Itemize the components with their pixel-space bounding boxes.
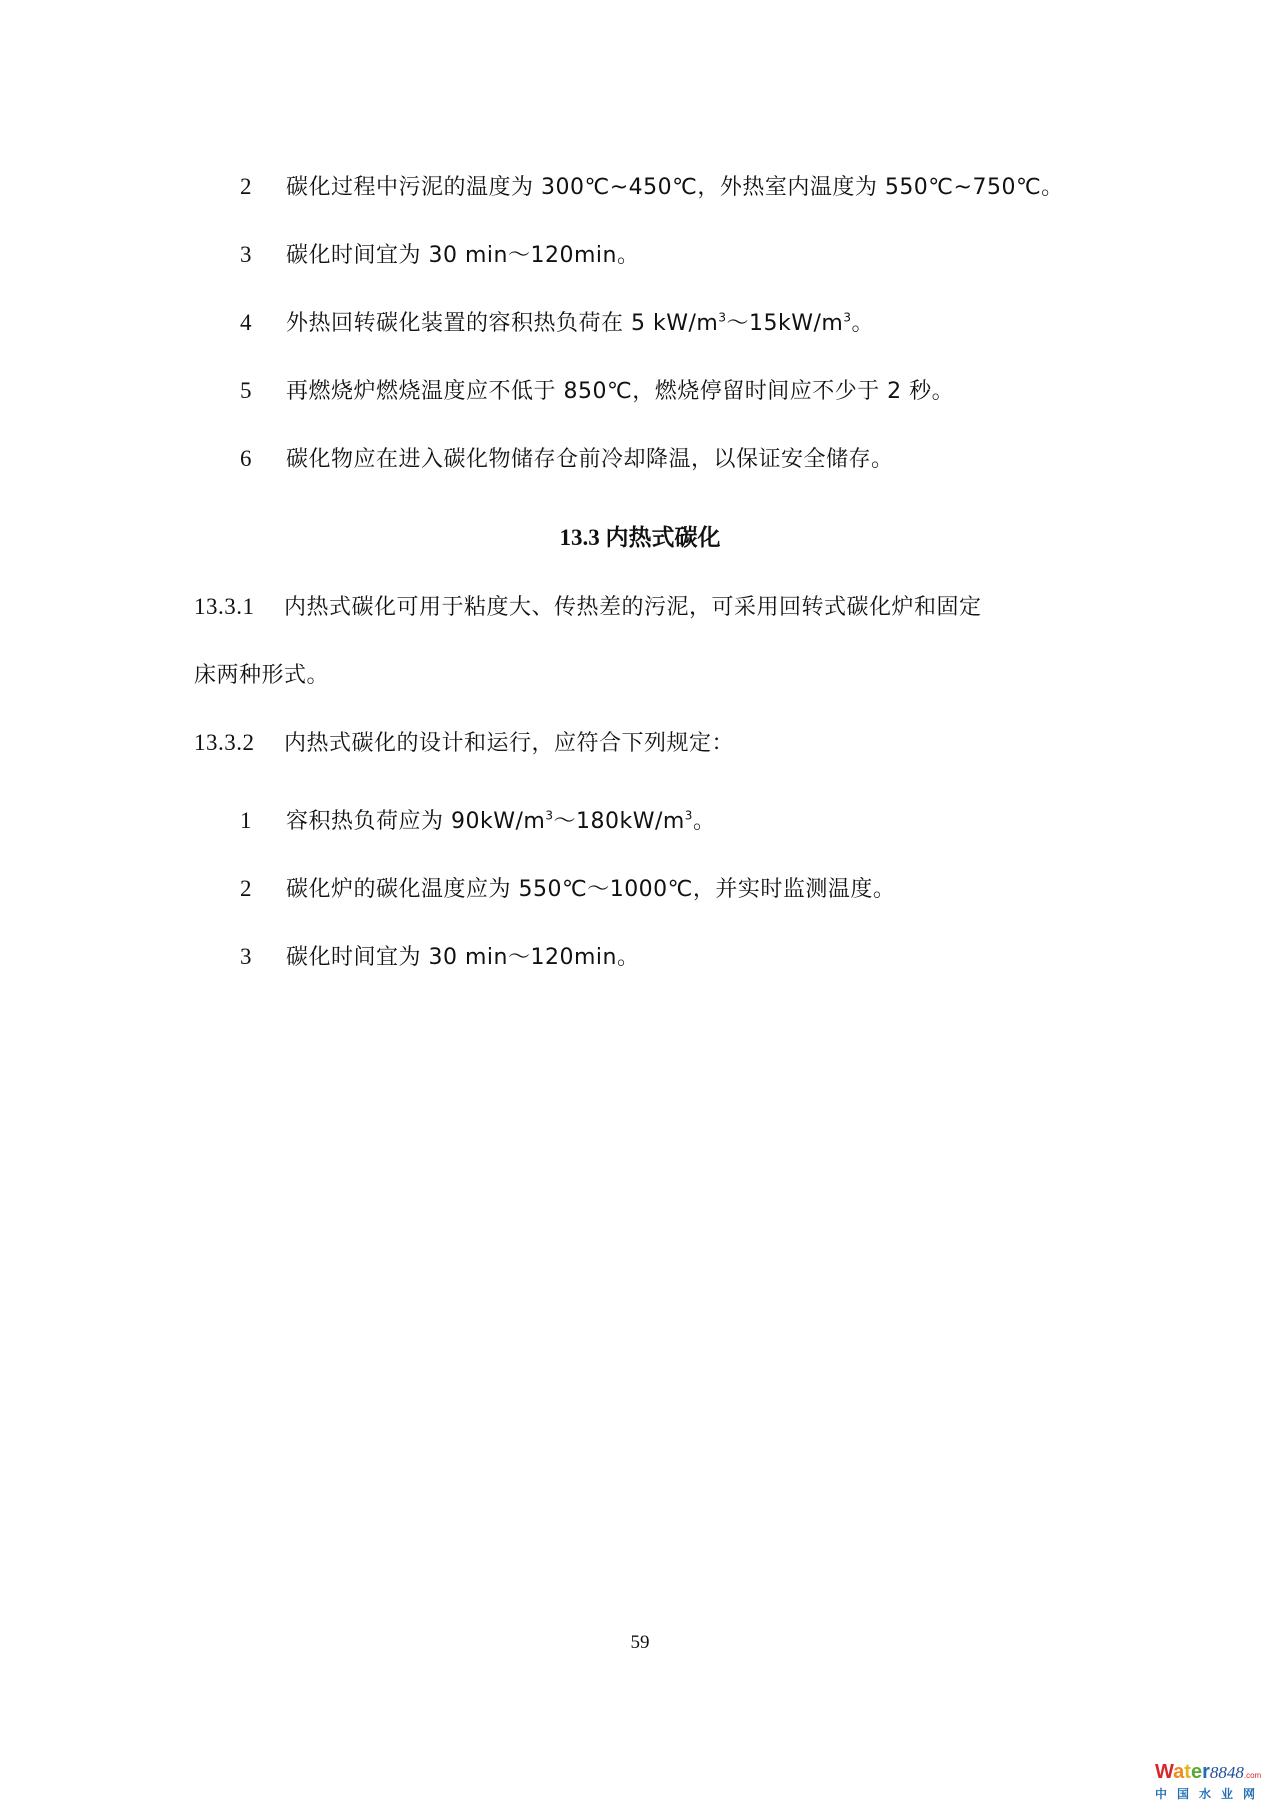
clause-text: 内热式碳化可用于粘度大、传热差的污泥，可采用回转式碳化炉和固定 (284, 595, 982, 620)
item-text: 碳化炉的碳化温度应为 550℃～1000℃，并实时监测温度。 (286, 877, 895, 902)
watermark-chinese: 中国水业网 (1155, 1786, 1275, 1802)
item-number: 4 (240, 308, 286, 338)
list-item: 3碳化时间宜为 30 min～120min。 (240, 240, 639, 271)
section-heading: 13.3 内热式碳化 (0, 523, 1280, 553)
clause-text: 内热式碳化的设计和运行，应符合下列规定： (284, 731, 734, 756)
list-item: 6碳化物应在进入碳化物储存仓前冷却降温，以保证安全储存。 (240, 444, 894, 475)
item-number: 5 (240, 376, 286, 406)
item-text: 外热回转碳化装置的容积热负荷在 5 kW/m3～15kW/m3。 (286, 311, 874, 336)
list-item: 2碳化过程中污泥的温度为 300℃~450℃，外热室内温度为 550℃~750℃… (240, 172, 1064, 203)
item-text: 碳化时间宜为 30 min～120min。 (286, 945, 639, 970)
watermark-brand: Water8848.com (1155, 1762, 1275, 1786)
clause-continuation: 床两种形式。 (194, 660, 329, 691)
item-text: 再燃烧炉燃烧温度应不低于 850℃，燃烧停留时间应不少于 2 秒。 (286, 379, 954, 404)
page-number: 59 (0, 1632, 1280, 1654)
item-number: 2 (240, 874, 286, 904)
item-text: 碳化过程中污泥的温度为 300℃~450℃，外热室内温度为 550℃~750℃。 (286, 175, 1064, 200)
list-item: 2碳化炉的碳化温度应为 550℃～1000℃，并实时监测温度。 (240, 874, 895, 905)
item-number: 3 (240, 240, 286, 270)
list-item: 4外热回转碳化装置的容积热负荷在 5 kW/m3～15kW/m3。 (240, 308, 874, 339)
clause: 13.3.1内热式碳化可用于粘度大、传热差的污泥，可采用回转式碳化炉和固定 (194, 592, 982, 623)
item-text: 碳化物应在进入碳化物储存仓前冷却降温，以保证安全储存。 (286, 447, 894, 472)
list-item: 1容积热负荷应为 90kW/m3～180kW/m3。 (240, 806, 715, 837)
list-item: 3碳化时间宜为 30 min～120min。 (240, 942, 639, 973)
list-item: 5再燃烧炉燃烧温度应不低于 850℃，燃烧停留时间应不少于 2 秒。 (240, 376, 954, 407)
item-text: 碳化时间宜为 30 min～120min。 (286, 243, 639, 268)
clause-number: 13.3.2 (194, 728, 284, 758)
clause-text: 床两种形式。 (194, 663, 329, 688)
clause: 13.3.2内热式碳化的设计和运行，应符合下列规定： (194, 728, 734, 759)
item-number: 2 (240, 172, 286, 202)
item-number: 1 (240, 806, 286, 836)
item-text: 容积热负荷应为 90kW/m3～180kW/m3。 (286, 809, 715, 834)
item-number: 3 (240, 942, 286, 972)
watermark-logo: Water8848.com 中国水业网 (1155, 1762, 1275, 1802)
clause-number: 13.3.1 (194, 592, 284, 622)
item-number: 6 (240, 444, 286, 474)
